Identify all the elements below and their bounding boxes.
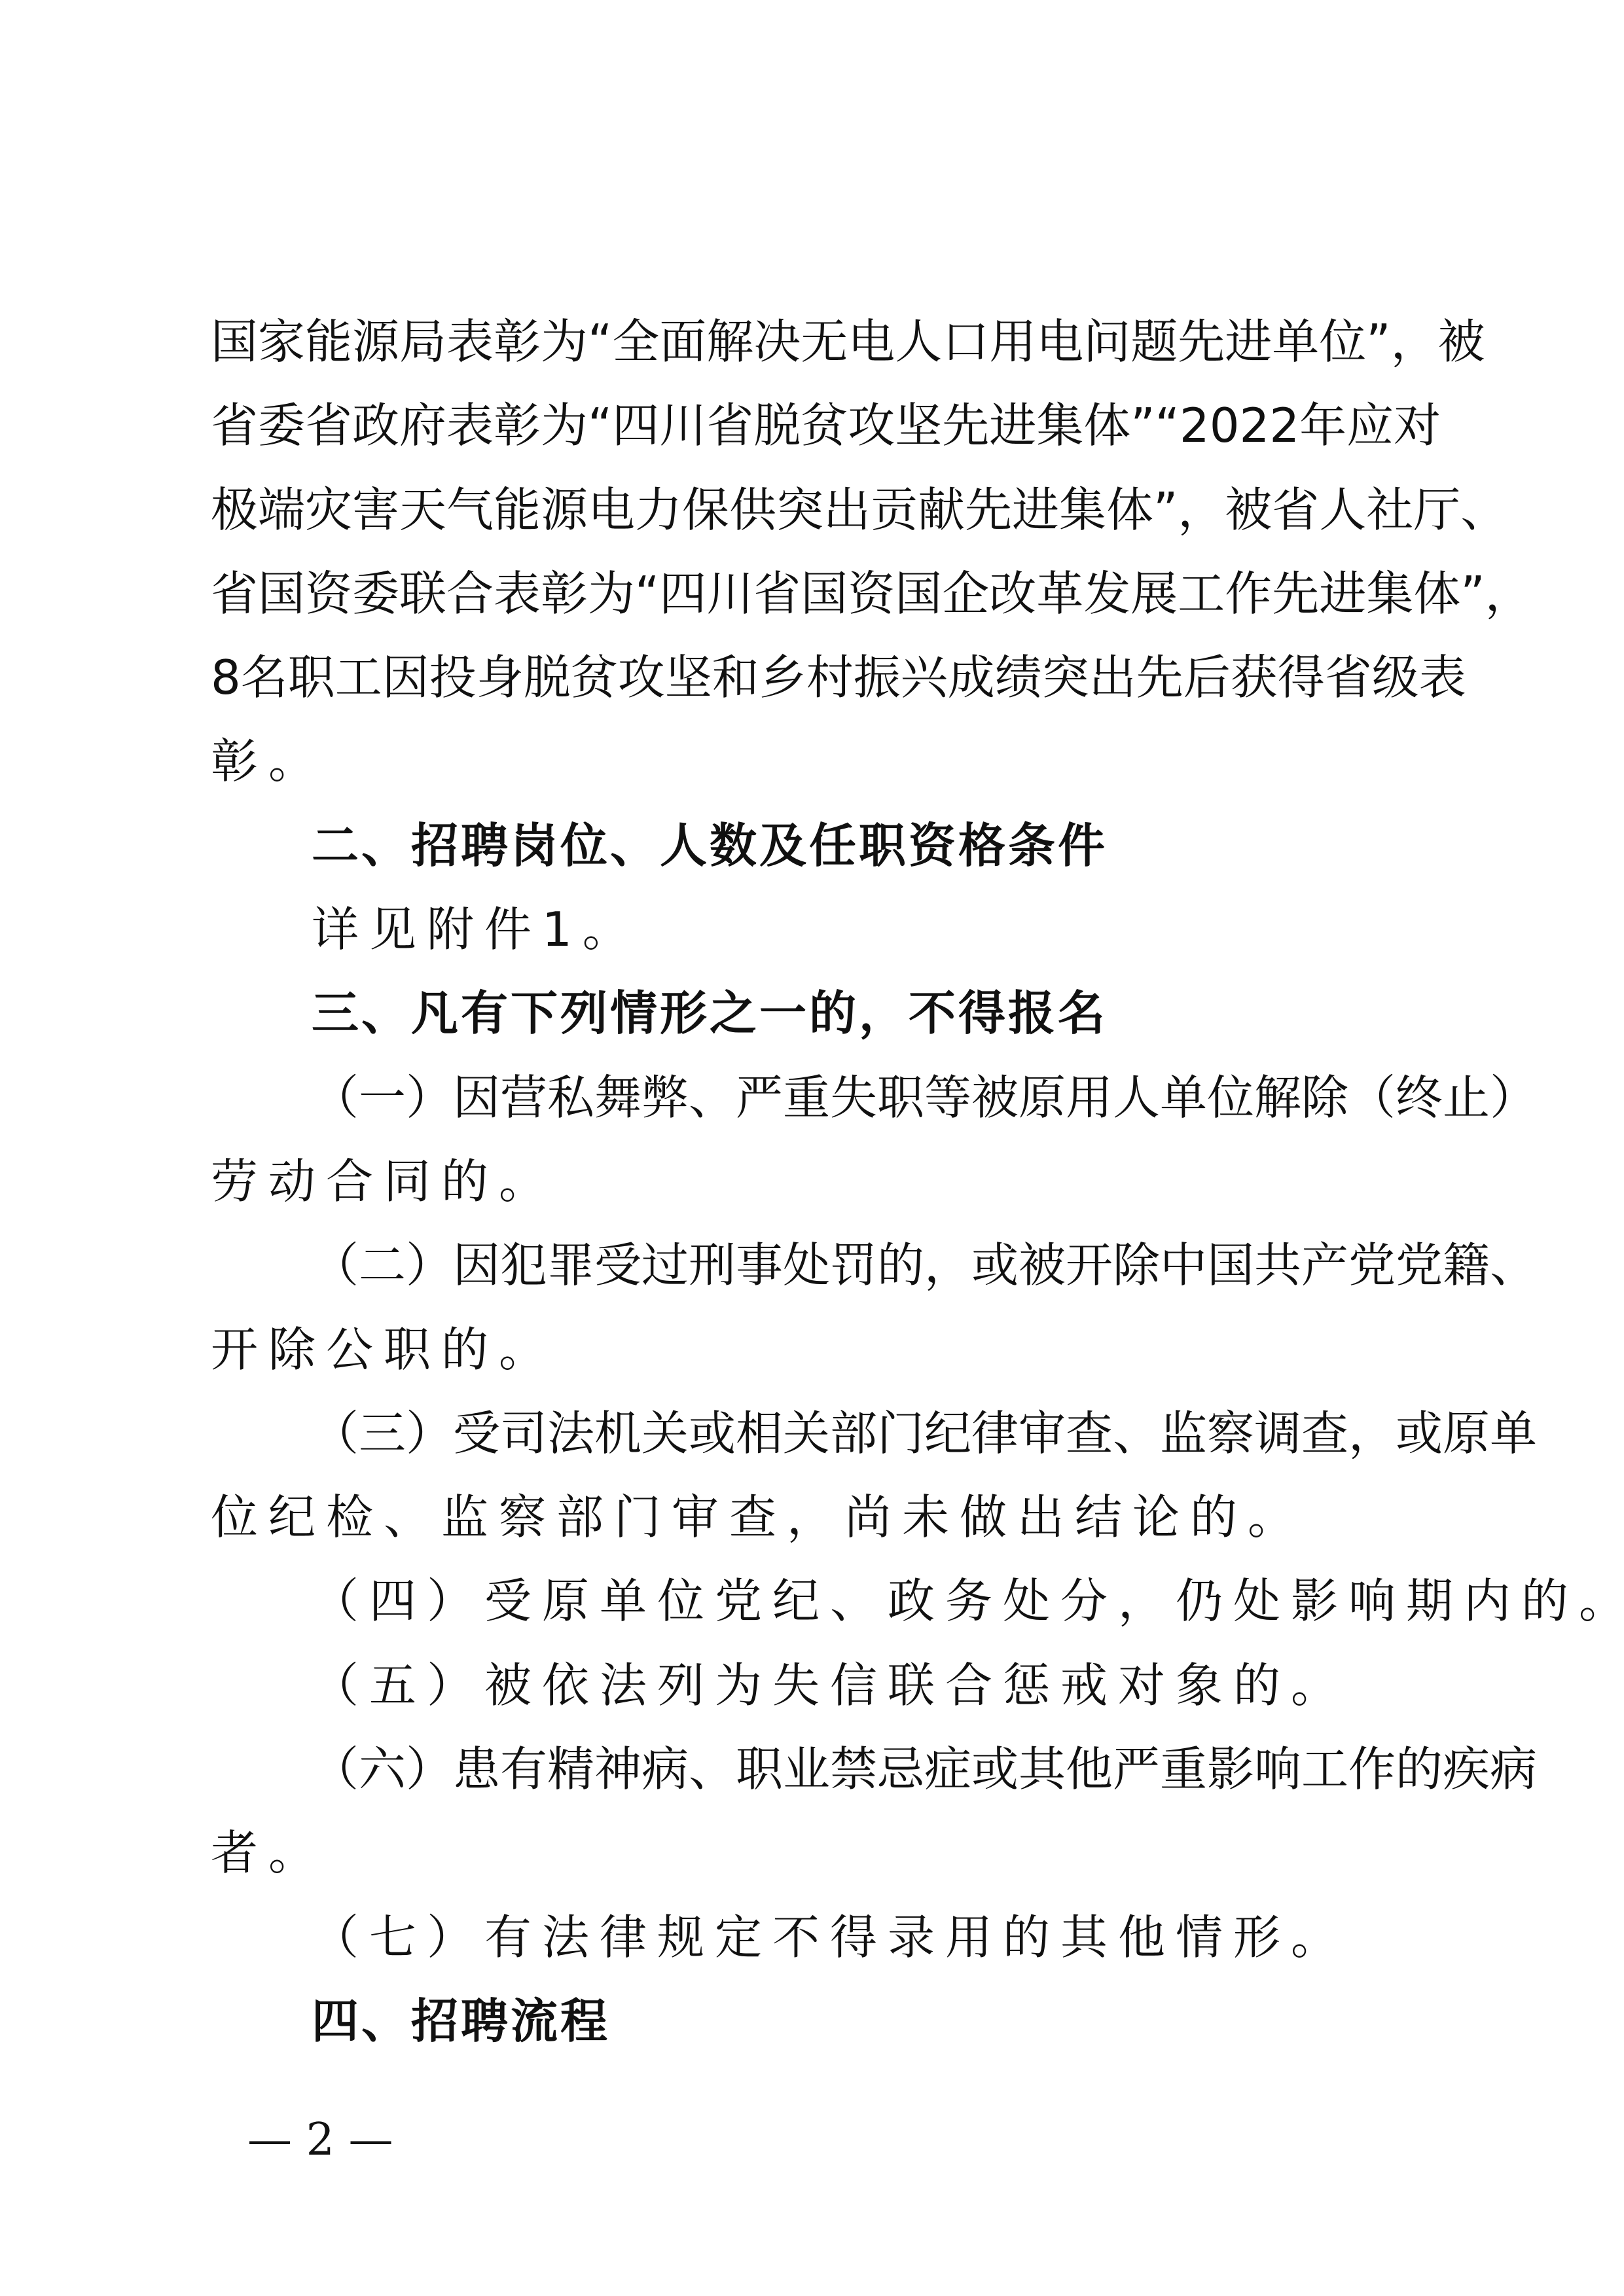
page-number: — 2 — [247, 2114, 393, 2166]
body-line: 彰。 [211, 719, 1428, 803]
body-line: 国家能源局表彰为“全面解决无电人口用电问题先进单位”，被 [211, 300, 1428, 384]
document-body: 国家能源局表彰为“全面解决无电人口用电问题先进单位”，被 省委省政府表彰为“四川… [211, 300, 1428, 2063]
list-item-1-line2: 劳动合同的。 [211, 1139, 1428, 1223]
list-item-7: （七）有法律规定不得录用的其他情形。 [211, 1895, 1428, 1979]
document-page: 国家能源局表彰为“全面解决无电人口用电问题先进单位”，被 省委省政府表彰为“四川… [0, 0, 1624, 2296]
section-text-2: 详见附件1。 [211, 888, 1428, 971]
list-item-6-line1: （六）患有精神病、职业禁忌症或其他严重影响工作的疾病 [211, 1727, 1428, 1811]
list-item-2-line1: （二）因犯罪受过刑事处罚的，或被开除中国共产党党籍、 [211, 1223, 1428, 1307]
list-item-6-line2: 者。 [211, 1811, 1428, 1895]
list-item-1-line1: （一）因营私舞弊、严重失职等被原用人单位解除（终止） [211, 1056, 1428, 1139]
body-line: 8名职工因投身脱贫攻坚和乡村振兴成绩突出先后获得省级表 [211, 636, 1428, 719]
list-item-2-line2: 开除公职的。 [211, 1308, 1428, 1391]
list-item-3-line1: （三）受司法机关或相关部门纪律审查、监察调查，或原单 [211, 1391, 1428, 1475]
body-line: 极端灾害天气能源电力保供突出贡献先进集体”，被省人社厅、 [211, 468, 1428, 552]
body-line: 省国资委联合表彰为“四川省国资国企改革发展工作先进集体”， [211, 552, 1428, 636]
list-item-5: （五）被依法列为失信联合惩戒对象的。 [211, 1643, 1428, 1727]
section-heading-3: 三、凡有下列情形之一的，不得报名 [211, 971, 1428, 1055]
list-item-4: （四）受原单位党纪、政务处分，仍处影响期内的。 [211, 1559, 1428, 1643]
section-heading-4: 四、招聘流程 [211, 1979, 1428, 2063]
body-line: 省委省政府表彰为“四川省脱贫攻坚先进集体”“2022年应对 [211, 384, 1428, 467]
list-item-3-line2: 位纪检、监察部门审查，尚未做出结论的。 [211, 1475, 1428, 1559]
section-heading-2: 二、招聘岗位、人数及任职资格条件 [211, 804, 1428, 888]
